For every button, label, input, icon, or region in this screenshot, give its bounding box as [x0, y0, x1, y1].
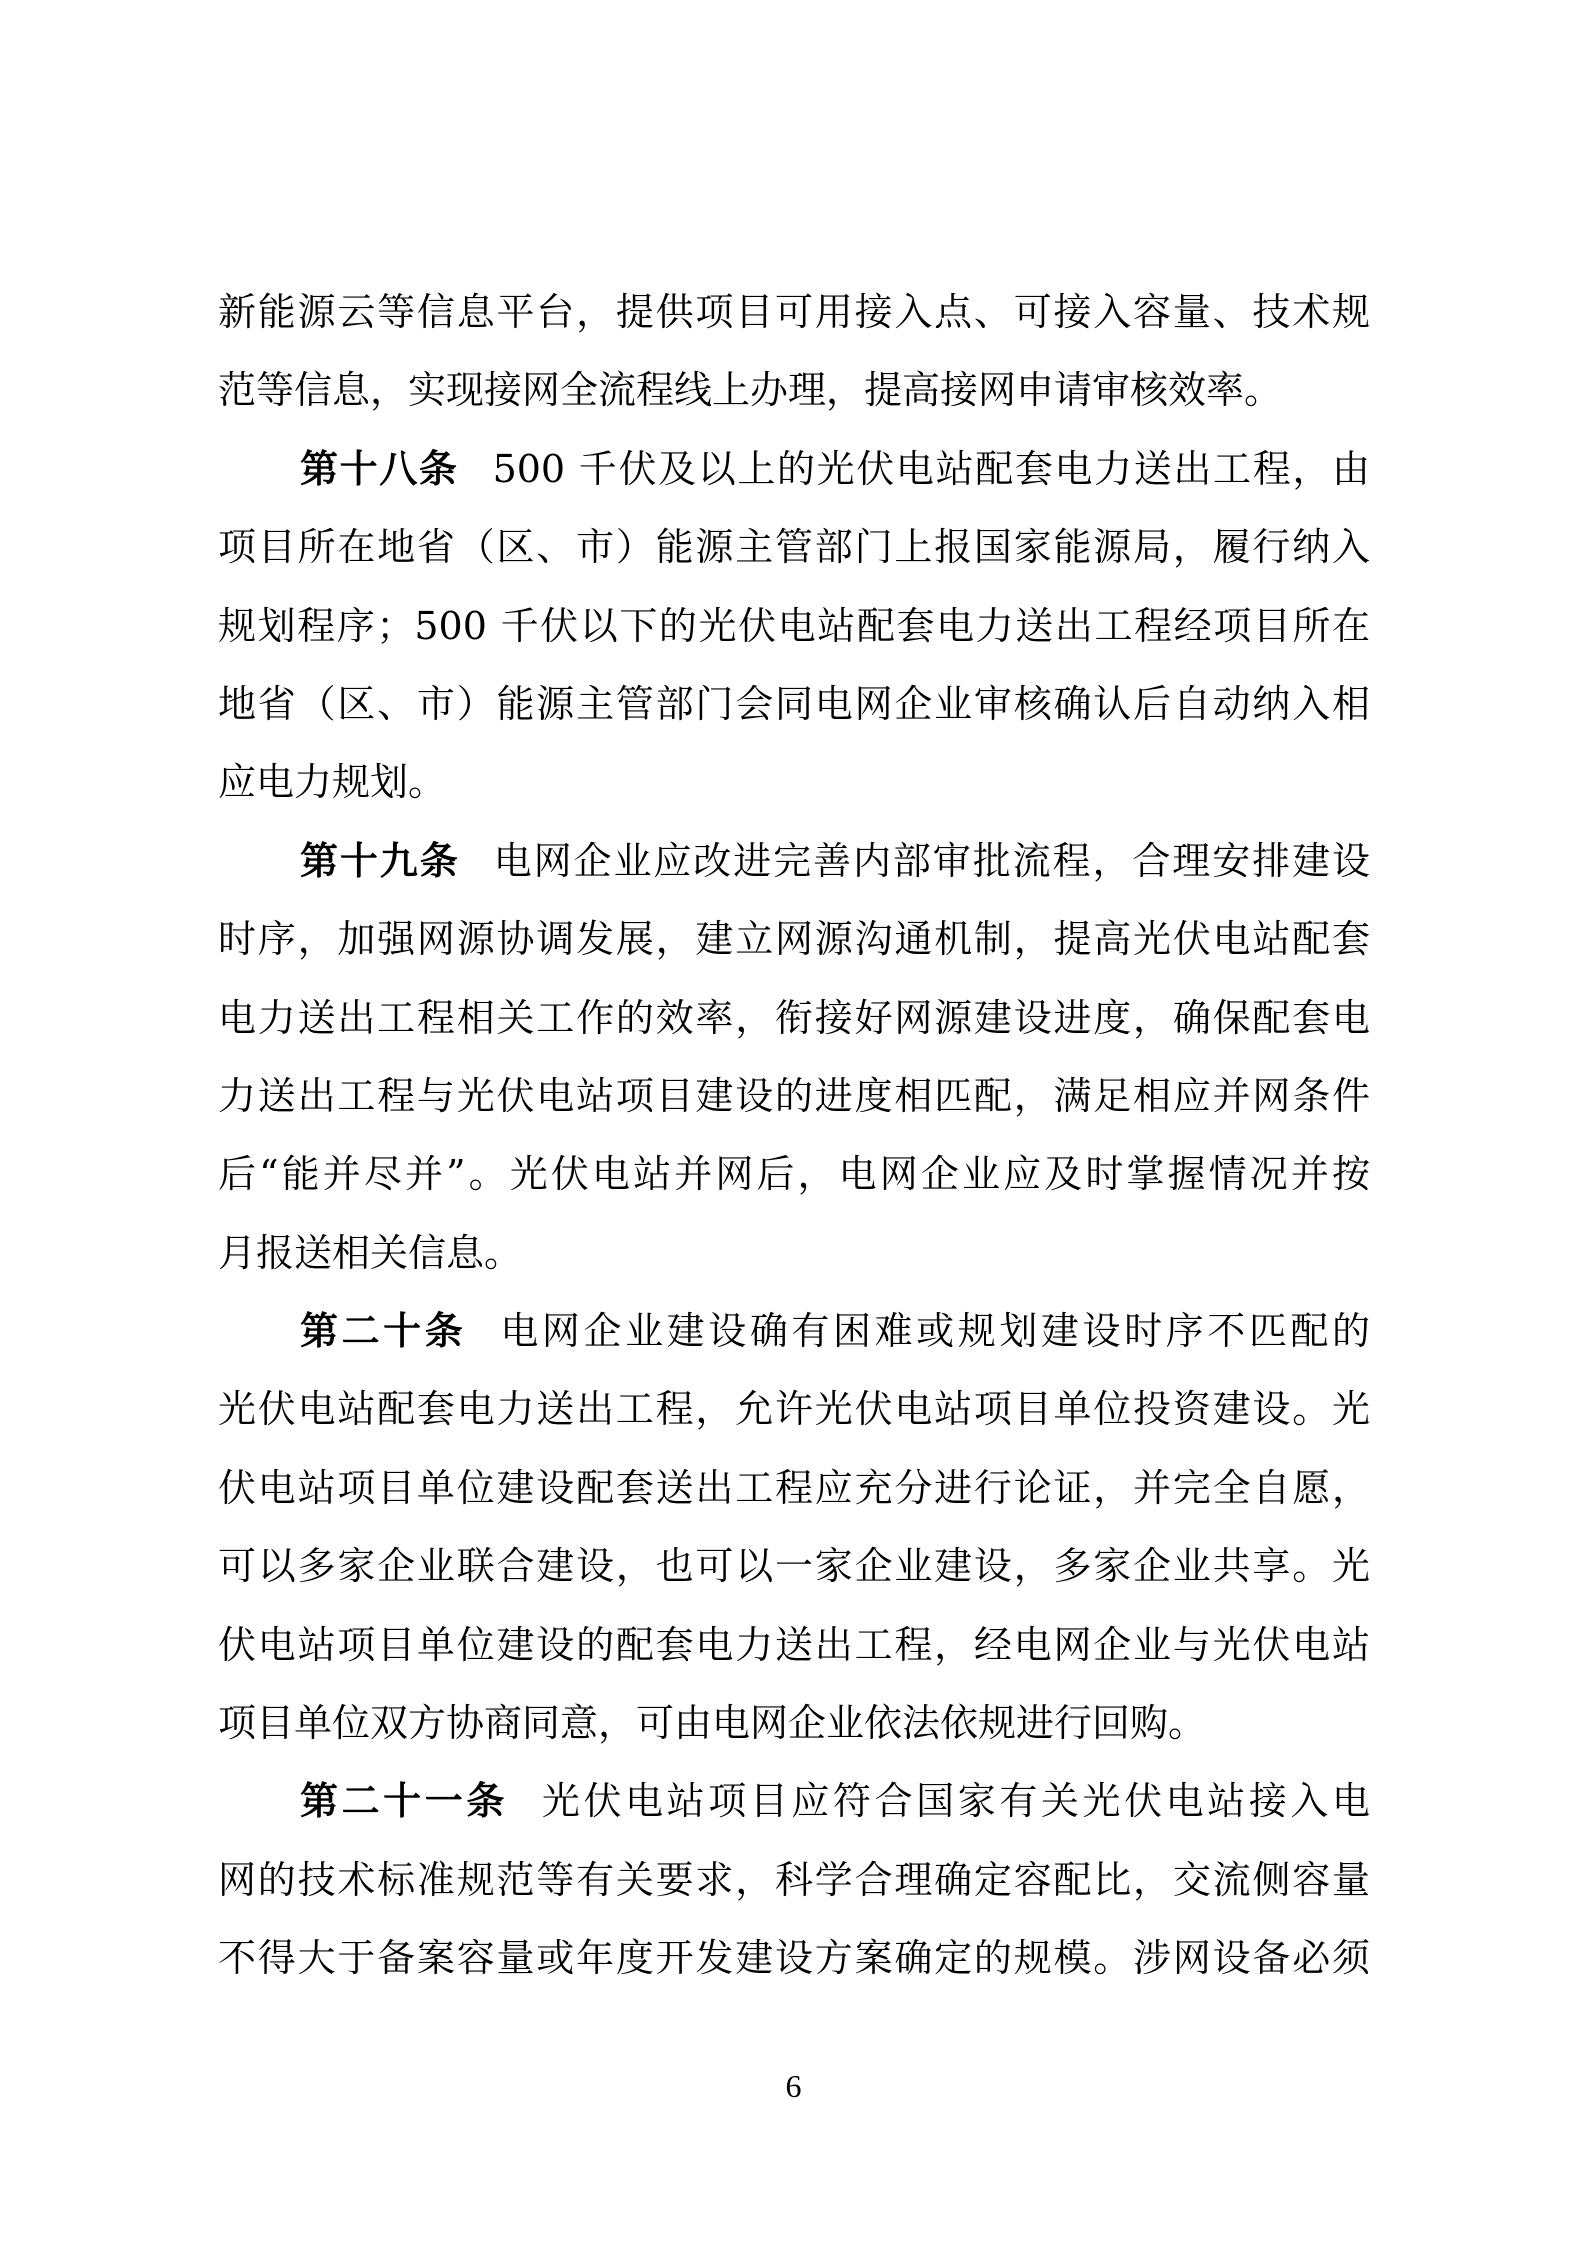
- article-text: 500 千伏及以上的光伏电站配套电力送出工程，由: [493, 447, 1370, 491]
- article-heading: 第十九条: [300, 838, 460, 883]
- document-page: 新能源云等信息平台，提供项目可用接入点、可接入容量、技术规 范等信息，实现接网全…: [0, 0, 1587, 2245]
- text-line: 范等信息，实现接网全流程线上办理，提高接网申请审核效率。: [218, 360, 1370, 438]
- text-line: 电力送出工程相关工作的效率，衔接好网源建设进度，确保配套电: [218, 988, 1370, 1066]
- article-18-first-line: 第十八条500 千伏及以上的光伏电站配套电力送出工程，由: [218, 439, 1370, 517]
- article-21-first-line: 第二十一条光伏电站项目应符合国家有关光伏电站接入电: [218, 1771, 1370, 1849]
- page-number: 6: [0, 2066, 1587, 2106]
- article-heading: 第二十条: [300, 1308, 466, 1353]
- text-line: 光伏电站配套电力送出工程，允许光伏电站项目单位投资建设。光: [218, 1379, 1370, 1457]
- text-line: 应电力规划。: [218, 752, 1370, 830]
- text-line: 网的技术标准规范等有关要求，科学合理确定容配比，交流侧容量: [218, 1850, 1370, 1928]
- text-line: 规划程序；500 千伏以下的光伏电站配套电力送出工程经项目所在: [218, 596, 1370, 674]
- text-line: 伏电站项目单位建设配套送出工程应充分进行论证，并完全自愿，: [218, 1458, 1370, 1536]
- text-line: 新能源云等信息平台，提供项目可用接入点、可接入容量、技术规: [218, 282, 1370, 360]
- body-text: 新能源云等信息平台，提供项目可用接入点、可接入容量、技术规 范等信息，实现接网全…: [218, 282, 1370, 2007]
- text-line: 可以多家企业联合建设，也可以一家企业建设，多家企业共享。光: [218, 1536, 1370, 1614]
- text-line: 后“能并尽并”。光伏电站并网后，电网企业应及时掌握情况并按: [218, 1144, 1370, 1222]
- article-text: 电网企业应改进完善内部审批流程，合理安排建设: [494, 839, 1370, 883]
- text-line: 月报送相关信息。: [218, 1223, 1370, 1301]
- article-19-first-line: 第十九条电网企业应改进完善内部审批流程，合理安排建设: [218, 831, 1370, 909]
- text-line: 地省（区、市）能源主管部门会同电网企业审核确认后自动纳入相: [218, 674, 1370, 752]
- text-line: 项目单位双方协商同意，可由电网企业依法依规进行回购。: [218, 1693, 1370, 1771]
- article-text: 光伏电站项目应符合国家有关光伏电站接入电: [542, 1779, 1370, 1823]
- text-line: 伏电站项目单位建设的配套电力送出工程，经电网企业与光伏电站: [218, 1615, 1370, 1693]
- text-line: 时序，加强网源协调发展，建立网源沟通机制，提高光伏电站配套: [218, 909, 1370, 987]
- article-text: 电网企业建设确有困难或规划建设时序不匹配的: [500, 1309, 1370, 1353]
- article-heading: 第二十一条: [300, 1778, 508, 1823]
- text-line: 不得大于备案容量或年度开发建设方案确定的规模。涉网设备必须: [218, 1928, 1370, 2006]
- article-heading: 第十八条: [300, 446, 459, 491]
- text-line: 项目所在地省（区、市）能源主管部门上报国家能源局，履行纳入: [218, 517, 1370, 595]
- article-20-first-line: 第二十条电网企业建设确有困难或规划建设时序不匹配的: [218, 1301, 1370, 1379]
- text-line: 力送出工程与光伏电站项目建设的进度相匹配，满足相应并网条件: [218, 1066, 1370, 1144]
